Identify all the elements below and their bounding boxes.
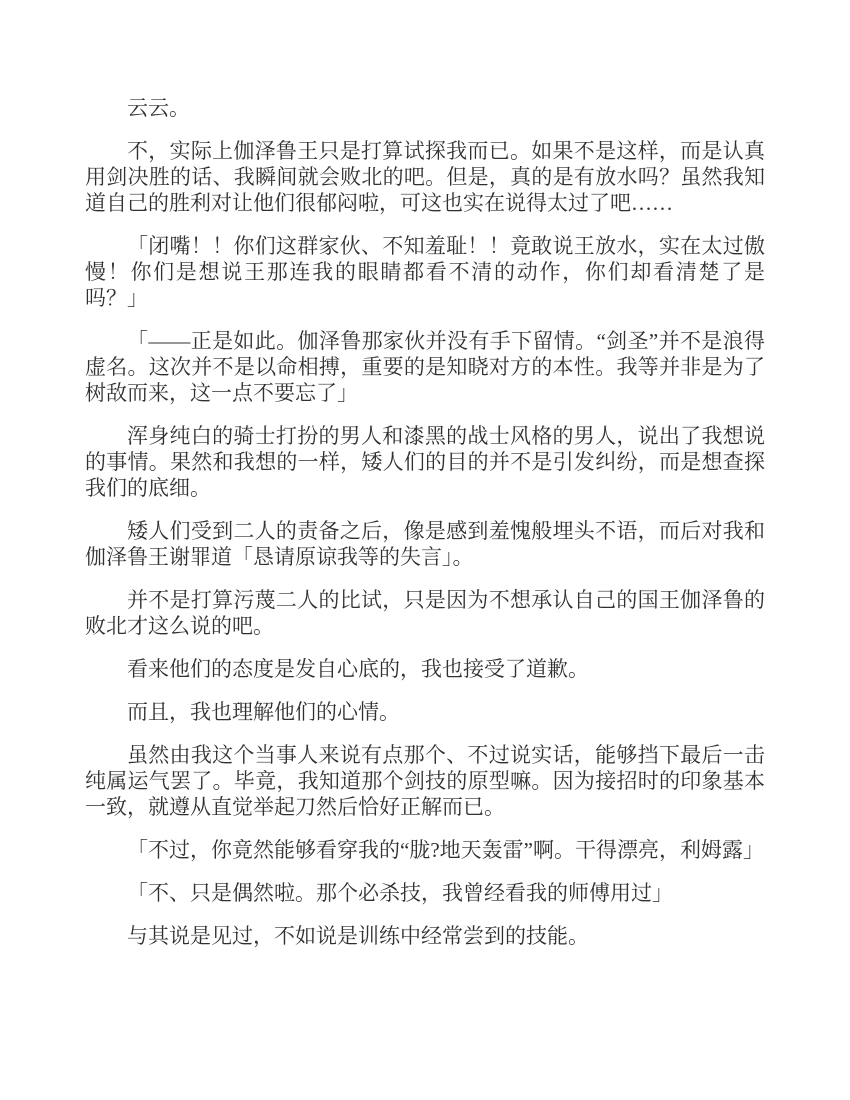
paragraph: 与其说是见过，不如说是训练中经常尝到的技能。 [85,923,765,949]
paragraph: 「不过，你竟然能够看穿我的“胧?地天轰雷”啊。干得漂亮，利姆露」 [85,837,765,863]
document-page: 云云。 不，实际上伽泽鲁王只是打算试探我而已。如果不是这样，而是认真用剑决胜的话… [0,0,850,1100]
paragraph: 浑身纯白的骑士打扮的男人和漆黑的战士风格的男人，说出了我想说的事情。果然和我想的… [85,423,765,501]
paragraph: 「闭嘴！！你们这群家伙、不知羞耻！！竟敢说王放水，实在太过傲慢！你们是想说王那连… [85,233,765,311]
paragraph: 矮人们受到二人的责备之后，像是感到羞愧般埋头不语，而后对我和伽泽鲁王谢罪道「恳请… [85,518,765,570]
paragraph: 而且，我也理解他们的心情。 [85,699,765,725]
paragraph: 「——正是如此。伽泽鲁那家伙并没有手下留情。“剑圣”并不是浪得虚名。这次并不是以… [85,328,765,406]
paragraph: 云云。 [85,95,765,121]
paragraph: 虽然由我这个当事人来说有点那个、不过说实话，能够挡下最后一击纯属运气罢了。毕竟，… [85,742,765,820]
paragraph: 「不、只是偶然啦。那个必杀技，我曾经看我的师傅用过」 [85,880,765,906]
paragraph: 看来他们的态度是发自心底的，我也接受了道歉。 [85,656,765,682]
paragraph: 并不是打算污蔑二人的比试，只是因为不想承认自己的国王伽泽鲁的败北才这么说的吧。 [85,587,765,639]
paragraph: 不，实际上伽泽鲁王只是打算试探我而已。如果不是这样，而是认真用剑决胜的话、我瞬间… [85,138,765,216]
